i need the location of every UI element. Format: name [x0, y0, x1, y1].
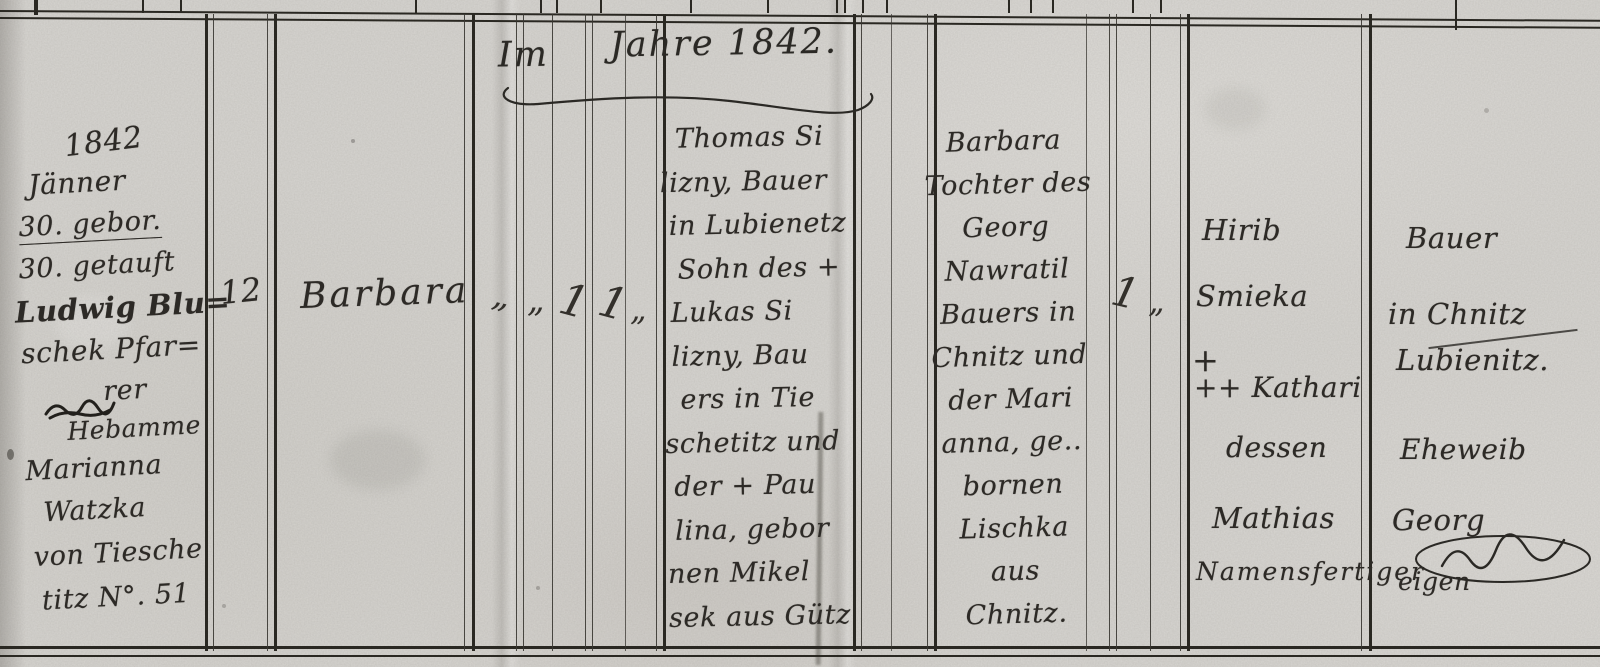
- ink-speck: [1484, 108, 1489, 113]
- paper-stain: [330, 430, 425, 490]
- header-rule-stub: [415, 0, 417, 13]
- header-rule-stub: [767, 0, 769, 13]
- mother-entry-line: Nawratil: [926, 247, 1087, 294]
- header-rule-stub: [1008, 0, 1010, 13]
- father-entry-line: schetitz und: [665, 418, 866, 466]
- godparent-line: ++ Kathari: [1194, 371, 1362, 404]
- header-rule-stub: [690, 0, 692, 13]
- father-entry-line: lizny, Bauer: [659, 157, 860, 205]
- tally-mark-ditto: „: [527, 280, 545, 320]
- column-rule: [1187, 14, 1190, 651]
- year-heading-text: Jahre 1842.: [609, 22, 838, 66]
- signature-flourish: [1408, 526, 1598, 588]
- mother-entry-line: Tochter des: [924, 161, 1085, 208]
- header-rule-stub: [1052, 0, 1054, 13]
- godparent-line: Bauer: [1406, 221, 1497, 255]
- column-rule: [1361, 14, 1362, 651]
- header-rule-stub: [540, 0, 542, 13]
- column-rule: [472, 14, 475, 651]
- column-rule: [1109, 14, 1110, 651]
- header-rule-stub: [836, 0, 838, 13]
- father-entry-line: lina, gebor: [675, 505, 868, 553]
- header-rule-group: [0, 0, 1600, 10]
- column-rule: [464, 14, 465, 651]
- bottom-rule: [0, 655, 1600, 657]
- header-rule-stub: [556, 0, 558, 13]
- mother-entry-line: Lischka: [934, 505, 1095, 552]
- header-rule-stub: [844, 0, 846, 13]
- father-entry-line: der + Pau: [674, 462, 867, 510]
- column-rule: [891, 14, 892, 651]
- godparent-line: Eheweib: [1400, 433, 1527, 466]
- column-rule: [1369, 14, 1372, 651]
- tally-mark-ditto: „: [630, 290, 647, 328]
- tally-mark-one: 1: [593, 275, 633, 332]
- margin-notes: 1842 Jänner 30. gebor. 30. getauft Ludwi…: [1, 113, 246, 624]
- parish-register-sheet: Im Jahre 1842. 1842 Jänner 30. gebor. 30…: [0, 0, 1600, 667]
- father-entry-line: Sohn des +: [677, 244, 862, 291]
- mother-entry-line: aus: [935, 548, 1096, 595]
- child-name: Barbara: [299, 270, 470, 317]
- column-rule: [1116, 14, 1117, 651]
- column-rule: [267, 14, 268, 651]
- mother-entry-line: Chnitz und: [929, 333, 1090, 380]
- header-rule-stub: [1030, 0, 1032, 13]
- godparent-line: Hirib: [1202, 213, 1281, 247]
- godparent-line: in Chnitz: [1388, 297, 1526, 331]
- header-rule-stub: [886, 0, 888, 13]
- header-rule-stub: [180, 0, 182, 13]
- bottom-rule: [0, 646, 1600, 649]
- godparent-line: Lubienitz.: [1396, 343, 1549, 377]
- header-rule-stub: [142, 0, 144, 13]
- paper-stain: [1205, 88, 1265, 130]
- mother-entry: Barbara Tochter des Georg Nawratil Bauer…: [923, 118, 1097, 638]
- father-entry-line: ers in Tie: [680, 375, 865, 422]
- father-entry-line: Thomas Si: [675, 114, 860, 161]
- mother-entry-line: bornen: [932, 462, 1093, 509]
- mother-entry-line: Georg: [925, 204, 1086, 251]
- header-rule-stub: [1160, 0, 1162, 13]
- father-entry-line: Lukas Si: [670, 288, 863, 336]
- tally-mark-one: 1: [1107, 266, 1144, 320]
- father-entry-line: sek aus Gütz: [669, 592, 870, 640]
- column-rule: [274, 14, 277, 651]
- ink-scribble: [40, 396, 124, 426]
- tally-mark-one: 1: [554, 273, 594, 330]
- header-rule-stub: [1132, 0, 1134, 13]
- heading-underline-flourish: [486, 76, 886, 118]
- header-rule-stub: [862, 0, 864, 13]
- header-rule-stub: [34, 0, 38, 15]
- mother-entry-line: Bauers in: [928, 290, 1089, 337]
- mother-entry-line: anna, ge..: [931, 419, 1092, 466]
- father-entry-line: in Lubienetz: [668, 201, 861, 249]
- godparent-line: Namensfertiger: [1196, 557, 1425, 586]
- column-rule: [1150, 14, 1151, 651]
- ink-speck: [536, 586, 540, 590]
- godparent-line: Smieka: [1196, 279, 1308, 313]
- mother-entry-line: der Mari: [930, 376, 1091, 423]
- house-number: 12: [218, 270, 263, 312]
- father-entry: Thomas Si lizny, Bauer in Lubienetz Sohn…: [659, 114, 870, 640]
- godparent-line: dessen: [1226, 431, 1327, 464]
- tally-mark-ditto: „: [1148, 282, 1165, 320]
- year-heading-prefix: Im: [498, 35, 550, 76]
- father-entry-line: nen Mikel: [668, 549, 869, 597]
- header-rule-stub: [600, 0, 602, 13]
- godparent-line: Mathias: [1212, 501, 1335, 535]
- header-rule-stub: [1455, 0, 1457, 30]
- column-rule: [1180, 14, 1181, 651]
- ink-speck: [7, 449, 14, 460]
- mother-entry-line: Chnitz.: [936, 591, 1097, 638]
- ink-speck: [351, 139, 355, 143]
- father-entry-line: lizny, Bau: [671, 331, 864, 379]
- mother-entry-line: Barbara: [923, 118, 1084, 165]
